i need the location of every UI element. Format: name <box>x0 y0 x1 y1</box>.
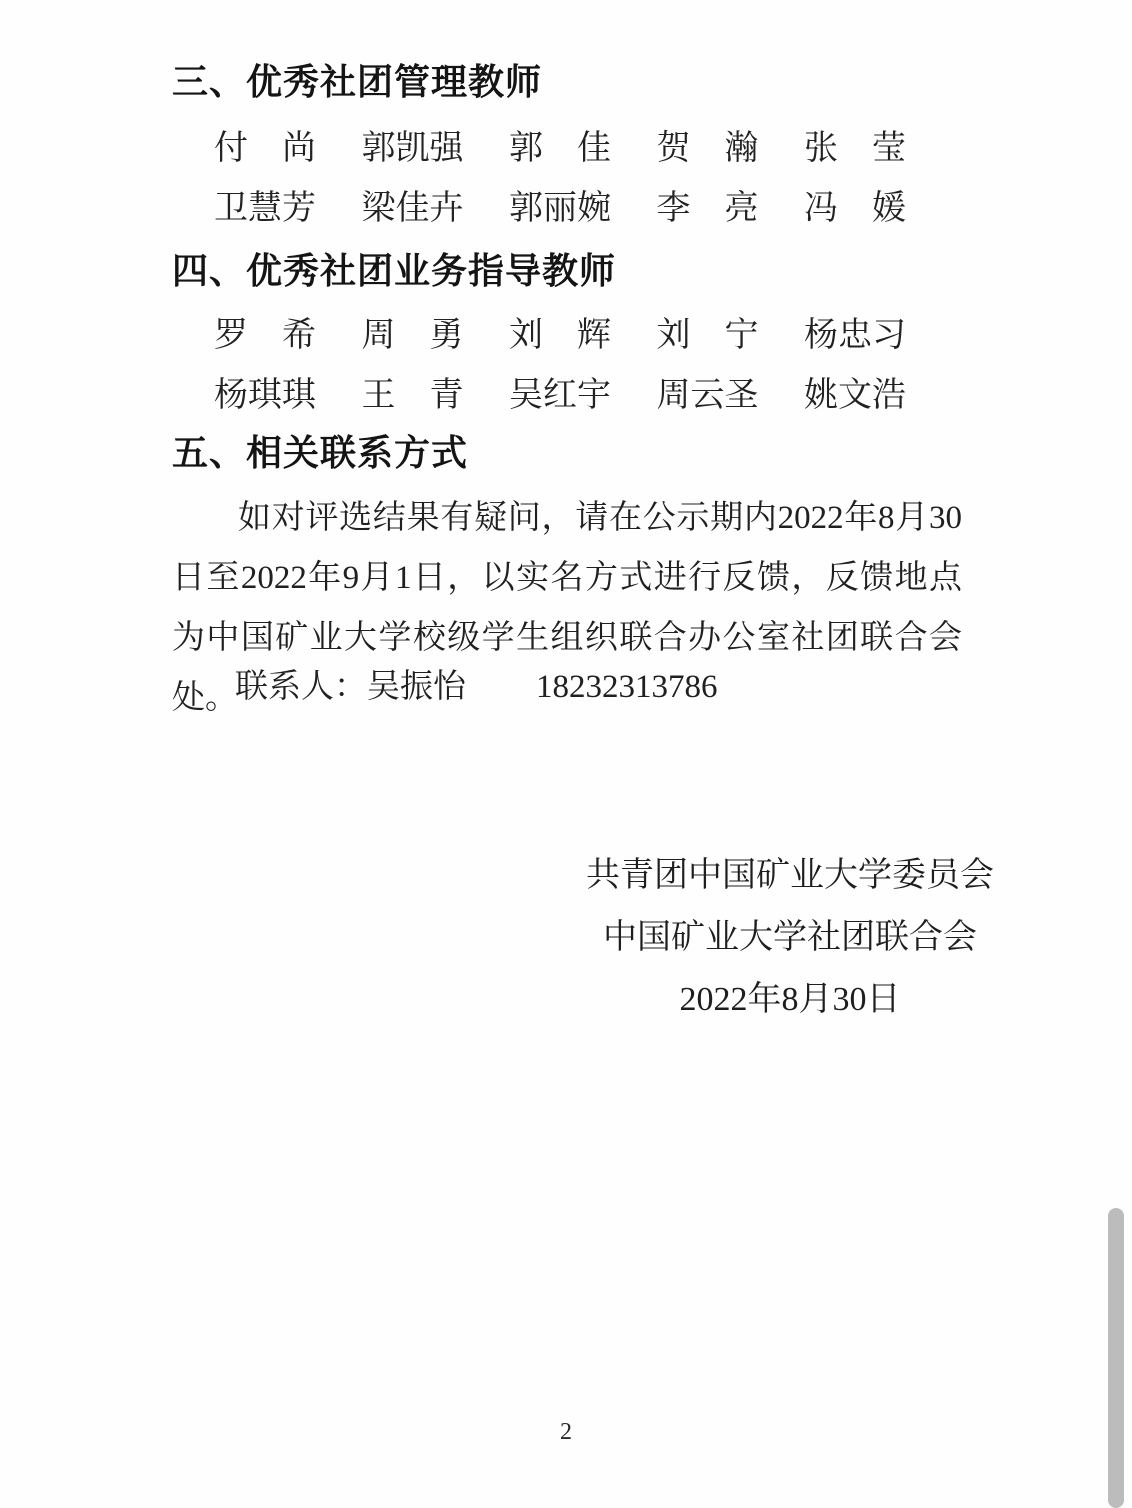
teacher-name: 刘 宁 <box>657 317 759 355</box>
document-page: 三、优秀社团管理教师 付 尚 郭凯强 郭 佳 贺 瀚 张 莹 卫慧芳 梁佳卉 郭… <box>0 0 1132 1508</box>
section-heading-5: 五、相关联系方式 <box>172 433 468 473</box>
teacher-name: 吴红宇 <box>509 377 611 415</box>
teacher-name: 杨忠习 <box>804 317 906 355</box>
teacher-names-row: 付 尚 郭凯强 郭 佳 贺 瀚 张 莹 <box>214 130 906 168</box>
signature-org-committee: 共青团中国矿业大学委员会 <box>560 845 1020 907</box>
contact-phone-number: 18232313786 <box>536 668 718 706</box>
signature-block: 共青团中国矿业大学委员会 中国矿业大学社团联合会 2022年8月30日 <box>560 845 1020 1031</box>
teacher-name: 李 亮 <box>657 190 759 228</box>
teacher-name: 郭 佳 <box>509 130 611 168</box>
teacher-name: 杨琪琪 <box>214 377 316 415</box>
scrollbar-thumb[interactable] <box>1108 1208 1124 1508</box>
teacher-name: 罗 希 <box>214 317 316 355</box>
teacher-name: 王 青 <box>362 377 464 415</box>
teacher-names-row: 罗 希 周 勇 刘 辉 刘 宁 杨忠习 <box>214 317 906 355</box>
teacher-name: 郭丽婉 <box>509 190 611 228</box>
teacher-name: 姚文浩 <box>804 377 906 415</box>
teacher-name: 刘 辉 <box>509 317 611 355</box>
teacher-name: 周云圣 <box>657 377 759 415</box>
teacher-names-row: 卫慧芳 梁佳卉 郭丽婉 李 亮 冯 媛 <box>214 190 906 228</box>
signature-date: 2022年8月30日 <box>560 969 1020 1031</box>
page-number: 2 <box>0 1418 1132 1446</box>
teacher-name: 张 莹 <box>804 130 906 168</box>
teacher-name: 贺 瀚 <box>657 130 759 168</box>
contact-person-label: 联系人：吴振怡 <box>235 668 466 706</box>
teacher-name: 冯 媛 <box>804 190 906 228</box>
section-heading-3: 三、优秀社团管理教师 <box>172 62 542 102</box>
teacher-name: 梁佳卉 <box>362 190 464 228</box>
teacher-name: 付 尚 <box>214 130 316 168</box>
teacher-name: 周 勇 <box>362 317 464 355</box>
signature-org-federation: 中国矿业大学社团联合会 <box>560 907 1020 969</box>
teacher-names-row: 杨琪琪 王 青 吴红宇 周云圣 姚文浩 <box>214 377 906 415</box>
teacher-name: 郭凯强 <box>362 130 464 168</box>
contact-line: 联系人：吴振怡 18232313786 <box>235 668 718 706</box>
section-heading-4: 四、优秀社团业务指导教师 <box>172 251 616 291</box>
teacher-name: 卫慧芳 <box>214 190 316 228</box>
